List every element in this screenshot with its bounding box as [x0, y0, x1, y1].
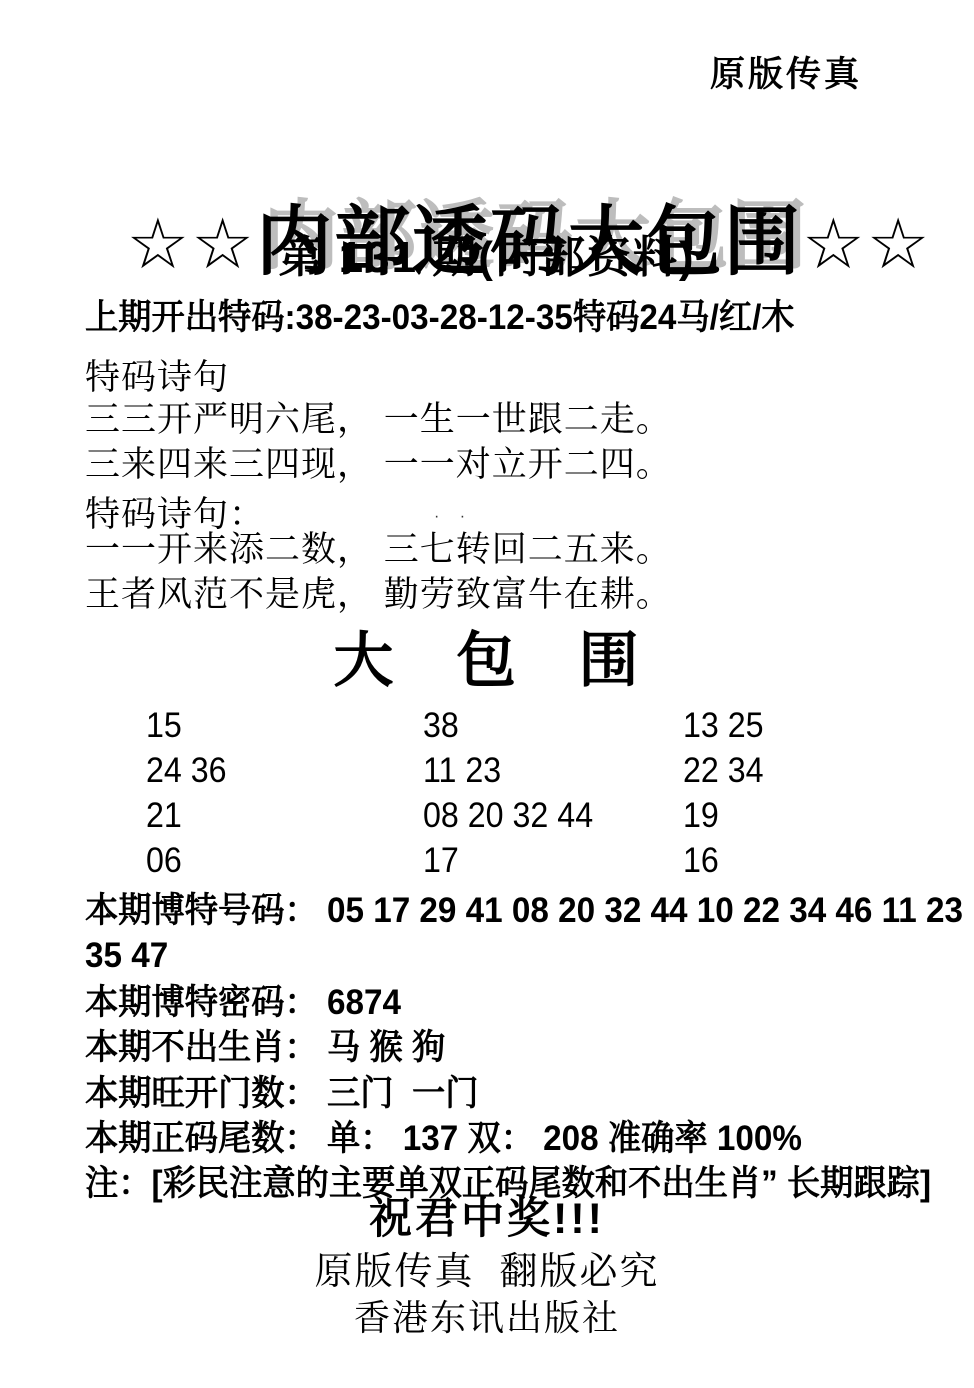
grid-cell: 13 25 [683, 706, 764, 746]
tail-numbers-line: 本期正码尾数： 单： 137 双： 208 准确率 100% [85, 1120, 802, 1159]
grid-cell: 24 36 [146, 751, 227, 791]
footer-copyright: 原版传真 翻版必究 [0, 1252, 974, 1294]
grid-cell: 16 [683, 841, 719, 881]
lottery-fax-sheet: 原版传真 ☆☆内部透码大包围☆☆ 第 131 期(内部资料) 上期开出特码:38… [0, 0, 974, 1388]
poem-section-2-header: 特码诗句： [85, 496, 265, 535]
secret-code-line: 本期博特密码： 6874 [85, 984, 401, 1023]
last-draw-line: 上期开出特码:38-23-03-28-12-35特码24马/红/木 [85, 299, 795, 338]
grid-cell: 08 20 32 44 [423, 796, 593, 836]
grid-cell: 17 [423, 841, 459, 881]
corner-label: 原版传真 [710, 56, 862, 95]
lucky-gates-line: 本期旺开门数： 三门 一门 [85, 1075, 478, 1114]
grid-cell: 06 [146, 841, 182, 881]
grid-cell: 11 23 [423, 751, 501, 791]
poem-line: 一一开来添二数， 三七转回二五来。 [85, 531, 672, 570]
grid-cell: 19 [683, 796, 719, 836]
footer-publisher: 香港东讯出版社 [0, 1298, 974, 1338]
print-artifact-dots: · · [434, 508, 473, 526]
poem-line: 王者风范不是虎， 勤劳致富牛在耕。 [85, 576, 672, 615]
poem-line: 三三开严明六尾， 一生一世跟二走。 [85, 401, 672, 440]
bet-numbers-line-1: 本期博特号码： 05 17 29 41 08 20 32 44 10 22 34… [85, 892, 963, 931]
grid-cell: 22 34 [683, 751, 764, 791]
grid-cell: 21 [146, 796, 182, 836]
excluded-zodiac-line: 本期不出生肖： 马 猴 狗 [85, 1029, 445, 1068]
poem-line: 三来四来三四现， 一一对立开二四。 [85, 446, 672, 485]
footer-wish: 祝君中奖!!! [0, 1196, 974, 1243]
encirclement-heading: 大 包 围 [0, 628, 974, 694]
grid-cell: 38 [423, 706, 459, 746]
poem-section-1-header: 特码诗句 [85, 359, 229, 398]
issue-line: 第 131 期(内部资料) [0, 234, 974, 282]
bet-numbers-line-2: 35 47 [85, 937, 168, 976]
grid-cell: 15 [146, 706, 182, 746]
